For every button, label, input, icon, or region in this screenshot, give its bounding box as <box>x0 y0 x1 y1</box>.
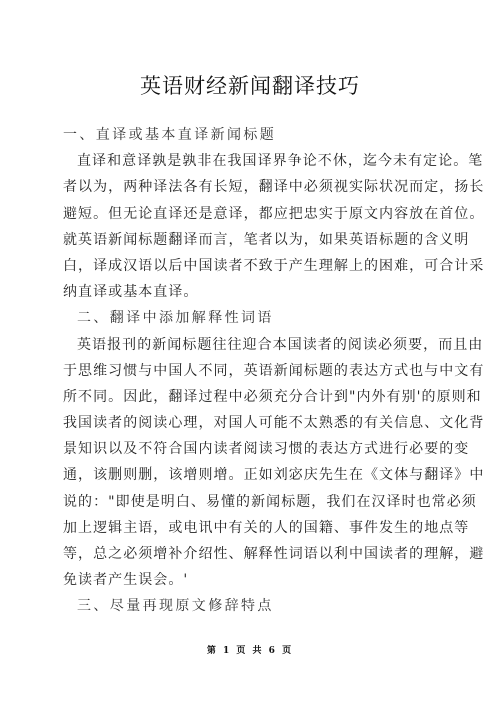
document-body: 一、直译或基本直译新闻标题 直译和意译孰是孰非在我国译界争论不休，迄今未有定论。… <box>63 122 439 620</box>
paragraph-line: 加上逻辑主语，或电讯中有关的人的国籍、事件发生的地点等 <box>63 515 439 541</box>
paragraph-line: 我国读者的阅读心理，对国人可能不太熟悉的有关信息、文化背 <box>63 410 439 436</box>
paragraph-line: 免读者产生误会。' <box>63 567 439 593</box>
paragraph-line: 所不同。因此，翻译过程中必须充分合计到"内外有别'的原则和 <box>63 384 439 410</box>
paragraph-line: 纳直译或基本直译。 <box>63 279 439 305</box>
paragraph-line: 就英语新闻标题翻译而言，笔者以为，如果英语标题的含义明 <box>63 227 439 253</box>
paragraph-line: 景知识以及不符合国内读者阅读习惯的表达方式进行必要的变 <box>63 436 439 462</box>
section-heading-3: 三、尽量再现原文修辞特点 <box>63 593 439 619</box>
page-number-footer: 第 1 页 共 6 页 <box>0 643 500 656</box>
paragraph-line: 直译和意译孰是孰非在我国译界争论不休，迄今未有定论。笔 <box>63 148 439 174</box>
paragraph-line: 通，该删则删，该增则增。正如刘宓庆先生在《文体与翻译》中 <box>63 462 439 488</box>
paragraph-line: 者以为，两种译法各有长短，翻译中必须视实际状况而定，扬长 <box>63 174 439 200</box>
paragraph-line: 说的："即使是明白、易懂的新闻标题，我们在汉译时也常必须 <box>63 489 439 515</box>
section-heading-1: 一、直译或基本直译新闻标题 <box>63 122 439 148</box>
paragraph-line: 避短。但无论直译还是意译，都应把忠实于原文内容放在首位。 <box>63 201 439 227</box>
paragraph-line: 于思维习惯与中国人不同，英语新闻标题的表达方式也与中文有 <box>63 358 439 384</box>
paragraph-line: 等，总之必须增补介绍性、解释性词语以利中国读者的理解，避 <box>63 541 439 567</box>
section-heading-2: 二、翻译中添加解释性词语 <box>63 305 439 331</box>
paragraph-line: 白，译成汉语以后中国读者不致于产生理解上的困难，可合计采 <box>63 253 439 279</box>
paragraph-line: 英语报刊的新闻标题往往迎合本国读者的阅读必须要，而且由 <box>63 332 439 358</box>
document-page: 英语财经新闻翻译技巧 一、直译或基本直译新闻标题 直译和意译孰是孰非在我国译界争… <box>0 0 500 707</box>
document-title: 英语财经新闻翻译技巧 <box>0 72 500 100</box>
